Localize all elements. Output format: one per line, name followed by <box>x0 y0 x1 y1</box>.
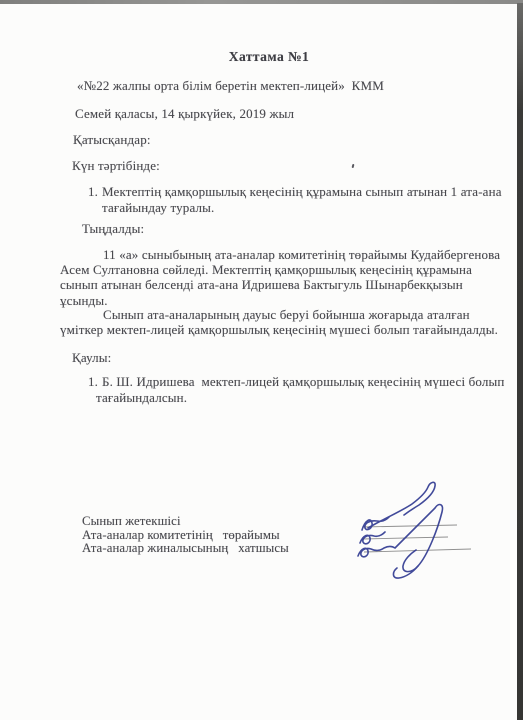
scan-edge-top <box>0 0 523 4</box>
resolution-item-text: Б. Ш. Идришева мектеп-лицей қамқоршылық … <box>102 374 504 405</box>
signature-rule <box>363 525 457 527</box>
agenda-item-number: 1. <box>88 184 102 215</box>
agenda-label: Күн тәртібінде: <box>72 158 160 173</box>
resolution-item-line: Б. Ш. Идришева мектеп-лицей қамқоршылық … <box>102 374 504 390</box>
paragraph-line: Сынып ата-аналарының дауыс беруі бойынша… <box>103 307 498 322</box>
paragraph-line: 11 «а» сыныбының ата-аналар комитетінің … <box>103 247 500 262</box>
paragraph-line: ұсынды. <box>60 293 500 308</box>
agenda-list-item: 1. Мектептің қамқоршылық кеңесінің құрам… <box>88 184 502 215</box>
paragraph-line: сынып атынан белсенді ата-ана Идришева Б… <box>60 277 500 292</box>
resolution-label: Қаулы: <box>72 350 111 365</box>
scan-speck <box>352 164 355 168</box>
paragraph-line: үміткер мектеп-лицей қамқоршылық кеңесін… <box>60 322 498 337</box>
signatory-role: Ата-аналар комитетінің төрайымы <box>82 529 289 543</box>
signature-area <box>340 460 523 580</box>
agenda-item-line: тағайындау туралы. <box>102 200 502 216</box>
organization-line: «№22 жалпы орта білім беретін мектеп-лиц… <box>77 78 384 93</box>
document-title: Хаттама №1 <box>73 49 465 64</box>
scanned-document-page: Хаттама №1 «№22 жалпы орта білім беретін… <box>0 0 523 720</box>
place-date-line: Семей қаласы, 14 қыркүйек, 2019 жыл <box>75 106 294 121</box>
signatory-role: Ата-аналар жиналысының хатшысы <box>82 542 289 556</box>
signatory-role: Сынып жетекшісі <box>82 515 289 529</box>
participants-label: Қатысқандар: <box>73 132 151 147</box>
resolution-list-item: 1. Б. Ш. Идришева мектеп-лицей қамқоршыл… <box>88 374 504 405</box>
heard-paragraph-2: Сынып ата-аналарының дауыс беруі бойынша… <box>60 307 498 337</box>
agenda-item-line: Мектептің қамқоршылық кеңесінің құрамына… <box>102 184 502 200</box>
heard-section-label: Тыңдалды: <box>82 221 144 236</box>
signature-stroke <box>360 532 385 544</box>
resolution-item-line: тағайындалсын. <box>96 390 504 406</box>
paragraph-line: Асем Султановна сөйледі. Мектептің қамқо… <box>60 262 500 277</box>
heard-paragraph-1: 11 «а» сыныбының ата-аналар комитетінің … <box>60 247 500 308</box>
scan-edge-right <box>517 3 523 720</box>
signatory-roles: Сынып жетекшісі Ата-аналар комитетінің т… <box>82 515 289 556</box>
agenda-item-text: Мектептің қамқоршылық кеңесінің құрамына… <box>102 184 502 215</box>
